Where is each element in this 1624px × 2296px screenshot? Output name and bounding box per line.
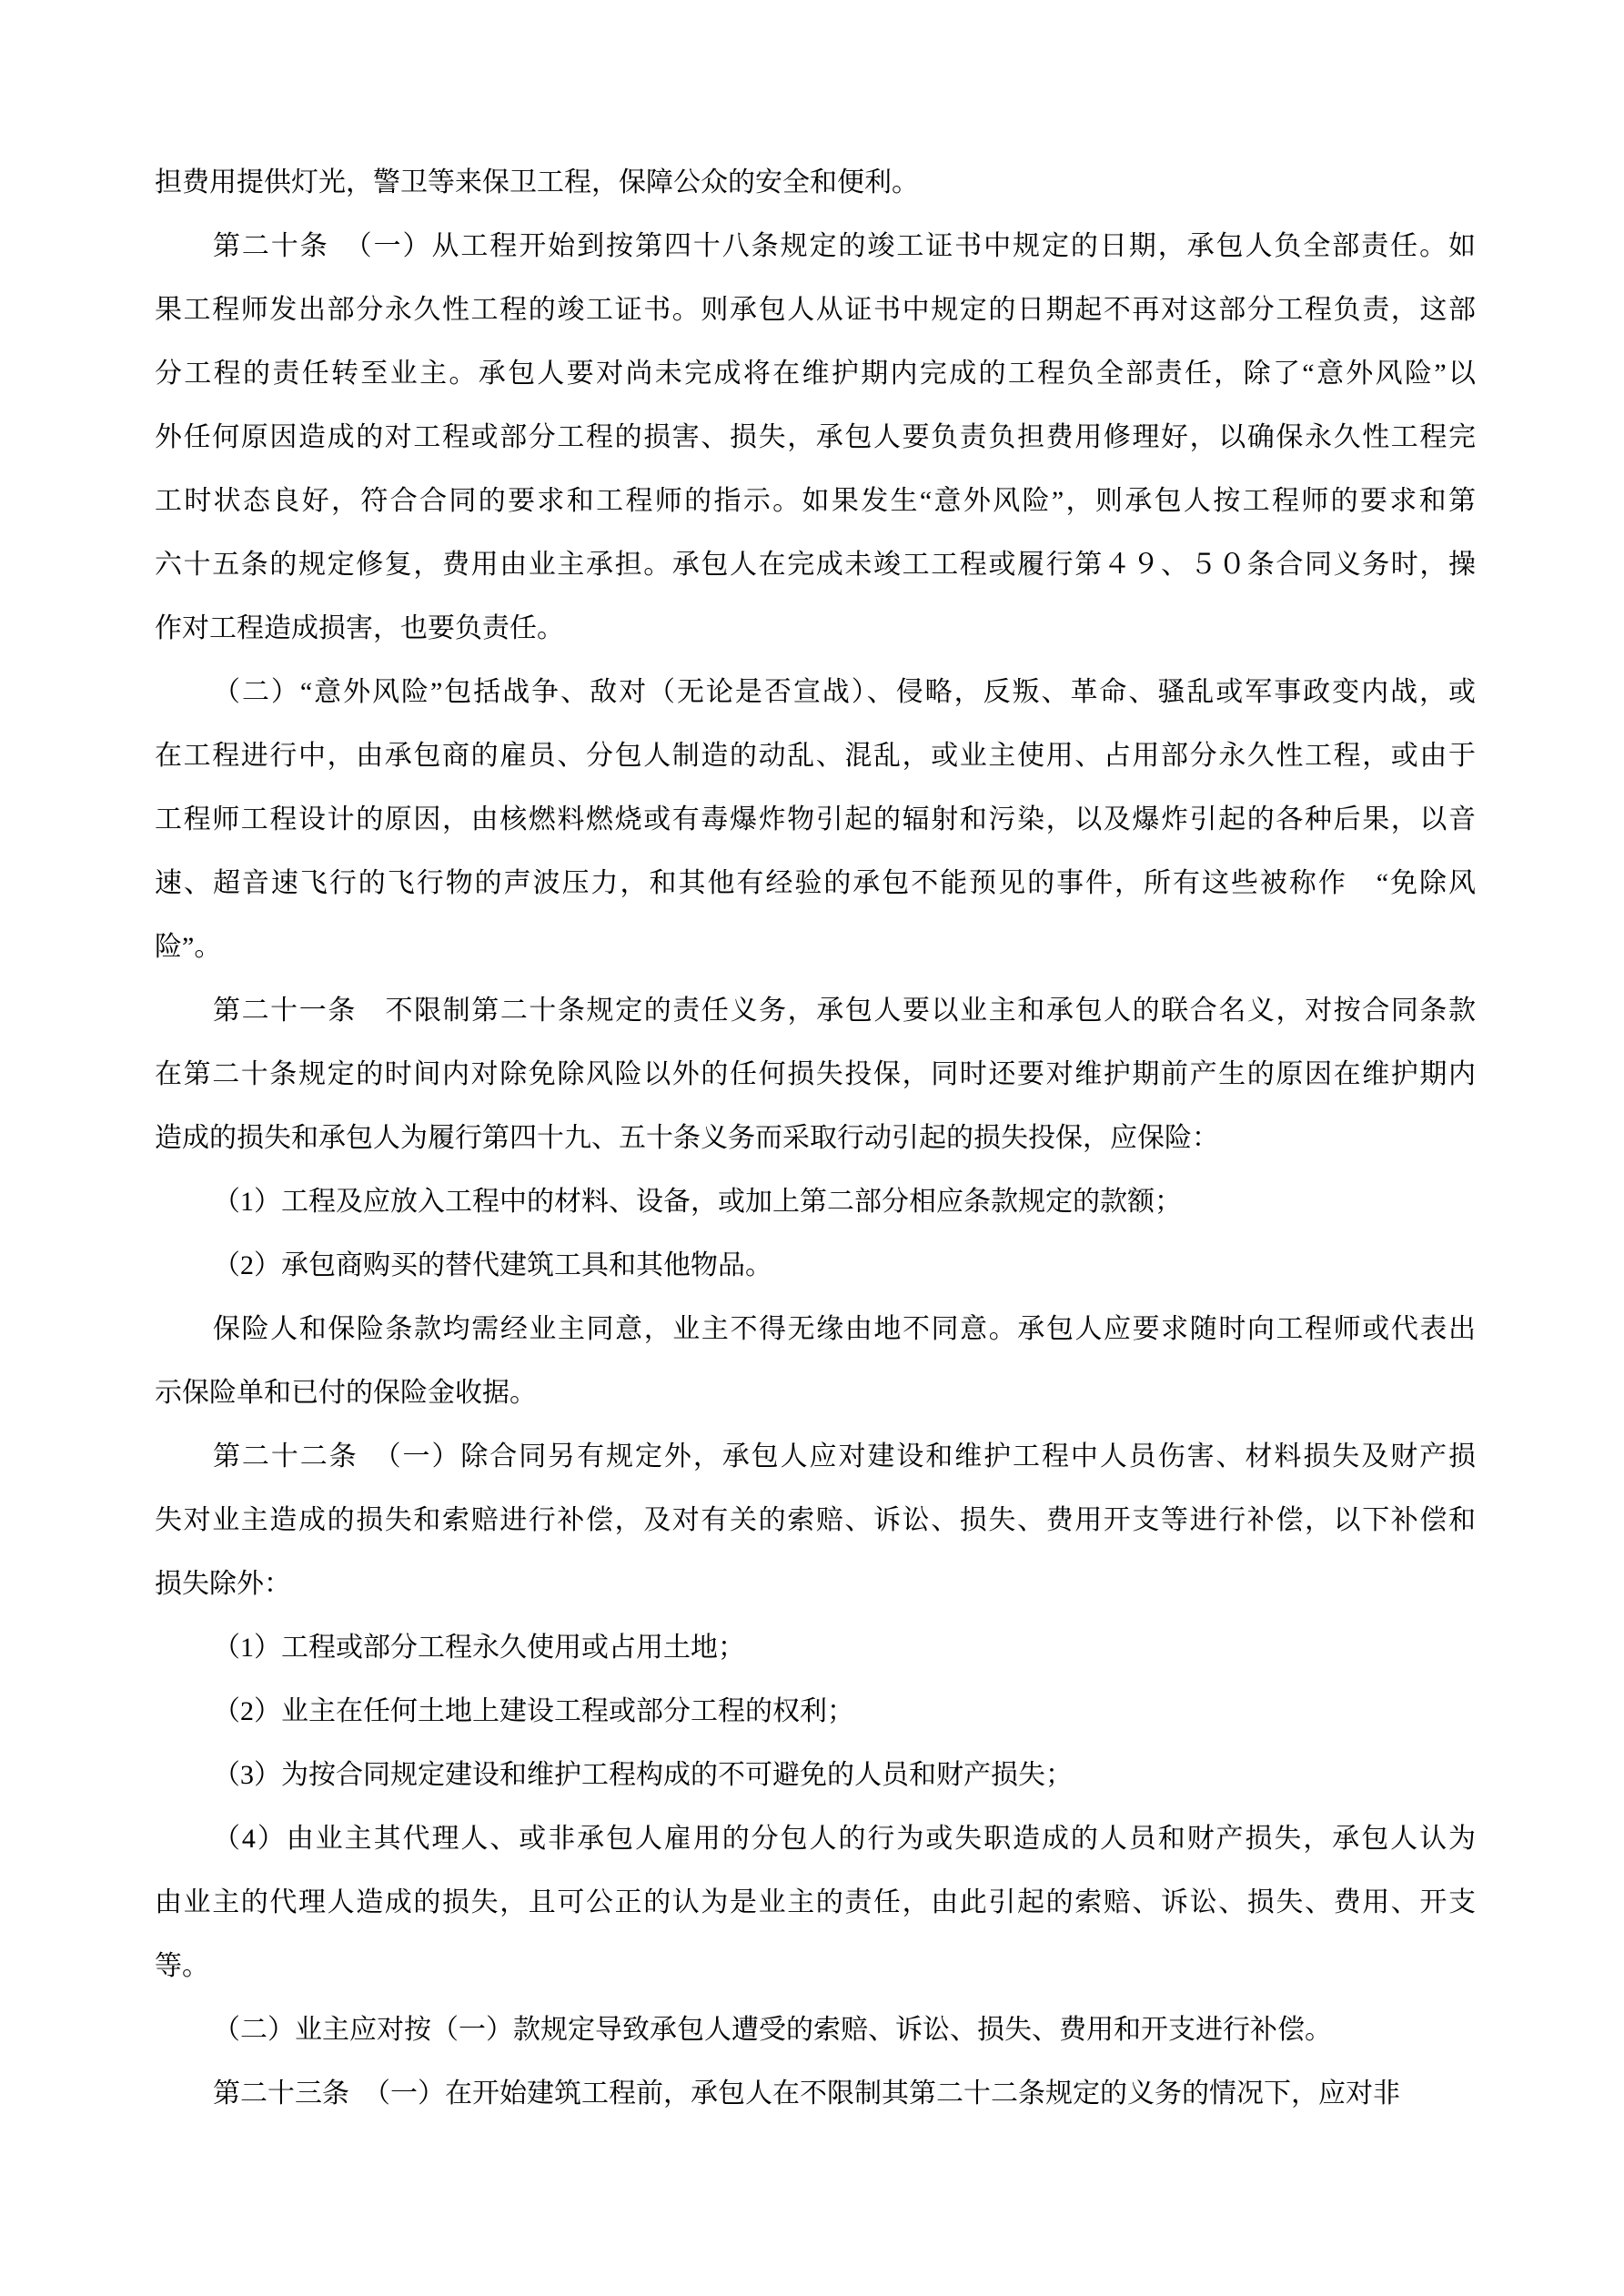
paragraph: （二）“意外风险”包括战争、敌对（无论是否宣战）、侵略，反叛、革命、骚乱或军事政… bbox=[155, 661, 1476, 979]
text-line: （4）由业主其代理人、或非承包人雇用的分包人的行为或失职造成的人员和财产损失，承… bbox=[155, 1807, 1476, 1871]
text-line: 失对业主造成的损失和索赔进行补偿，及对有关的索赔、诉讼、损失、费用开支等进行补偿… bbox=[155, 1489, 1476, 1553]
text-line: （二）“意外风险”包括战争、敌对（无论是否宣战）、侵略，反叛、革命、骚乱或军事政… bbox=[155, 661, 1476, 724]
text-line: 外任何原因造成的对工程或部分工程的损害、损失，承包人要负责负担费用修理好，以确保… bbox=[155, 406, 1476, 470]
paragraph: （4）由业主其代理人、或非承包人雇用的分包人的行为或失职造成的人员和财产损失，承… bbox=[155, 1807, 1476, 1998]
text-line: 担费用提供灯光，警卫等来保卫工程，保障公众的安全和便利。 bbox=[155, 151, 1476, 215]
text-line: （1）工程及应放入工程中的材料、设备，或加上第二部分相应条款规定的款额； bbox=[155, 1170, 1476, 1234]
text-line: 由业主的代理人造成的损失，且可公正的认为是业主的责任，由此引起的索赔、诉讼、损失… bbox=[155, 1871, 1476, 1935]
paragraph: 第二十二条 （一）除合同另有规定外，承包人应对建设和维护工程中人员伤害、材料损失… bbox=[155, 1425, 1476, 1616]
text-line: 等。 bbox=[155, 1935, 1476, 1998]
text-line: （3）为按合同规定建设和维护工程构成的不可避免的人员和财产损失； bbox=[155, 1744, 1476, 1807]
text-line: 第二十三条 （一）在开始建筑工程前，承包人在不限制其第二十二条规定的义务的情况下… bbox=[155, 2062, 1476, 2126]
text-line: 在第二十条规定的时间内对除免除风险以外的任何损失投保，同时还要对维护期前产生的原… bbox=[155, 1043, 1476, 1107]
text-line: 工时状态良好，符合合同的要求和工程师的指示。如果发生“意外风险”，则承包人按工程… bbox=[155, 470, 1476, 533]
text-line: 六十五条的规定修复，费用由业主承担。承包人在完成未竣工工程或履行第４９、５０条合… bbox=[155, 533, 1476, 597]
paragraph: （1）工程或部分工程永久使用或占用土地； bbox=[155, 1616, 1476, 1680]
paragraph: 担费用提供灯光，警卫等来保卫工程，保障公众的安全和便利。 bbox=[155, 151, 1476, 215]
paragraph: 保险人和保险条款均需经业主同意，业主不得无缘由地不同意。承包人应要求随时向工程师… bbox=[155, 1298, 1476, 1425]
paragraph: （3）为按合同规定建设和维护工程构成的不可避免的人员和财产损失； bbox=[155, 1744, 1476, 1807]
text-line: 第二十一条 不限制第二十条规定的责任义务，承包人要以业主和承包人的联合名义，对按… bbox=[155, 979, 1476, 1043]
text-line: 损失除外： bbox=[155, 1553, 1476, 1616]
text-line: 第二十二条 （一）除合同另有规定外，承包人应对建设和维护工程中人员伤害、材料损失… bbox=[155, 1425, 1476, 1489]
paragraph: （二）业主应对按（一）款规定导致承包人遭受的索赔、诉讼、损失、费用和开支进行补偿… bbox=[155, 1998, 1476, 2062]
paragraph: （2）承包商购买的替代建筑工具和其他物品。 bbox=[155, 1234, 1476, 1298]
paragraph: 第二十一条 不限制第二十条规定的责任义务，承包人要以业主和承包人的联合名义，对按… bbox=[155, 979, 1476, 1170]
text-line: 速、超音速飞行的飞行物的声波压力，和其他有经验的承包不能预见的事件，所有这些被称… bbox=[155, 852, 1476, 915]
text-line: （1）工程或部分工程永久使用或占用土地； bbox=[155, 1616, 1476, 1680]
paragraph: 第二十条 （一）从工程开始到按第四十八条规定的竣工证书中规定的日期，承包人负全部… bbox=[155, 215, 1476, 661]
paragraph: （1）工程及应放入工程中的材料、设备，或加上第二部分相应条款规定的款额； bbox=[155, 1170, 1476, 1234]
document-page: 担费用提供灯光，警卫等来保卫工程，保障公众的安全和便利。第二十条 （一）从工程开… bbox=[0, 0, 1624, 2296]
text-line: 第二十条 （一）从工程开始到按第四十八条规定的竣工证书中规定的日期，承包人负全部… bbox=[155, 215, 1476, 278]
text-line: 保险人和保险条款均需经业主同意，业主不得无缘由地不同意。承包人应要求随时向工程师… bbox=[155, 1298, 1476, 1361]
text-line: （2）业主在任何土地上建设工程或部分工程的权利； bbox=[155, 1680, 1476, 1744]
text-line: （2）承包商购买的替代建筑工具和其他物品。 bbox=[155, 1234, 1476, 1298]
text-line: 分工程的责任转至业主。承包人要对尚未完成将在维护期内完成的工程负全部责任，除了“… bbox=[155, 342, 1476, 406]
paragraph: （2）业主在任何土地上建设工程或部分工程的权利； bbox=[155, 1680, 1476, 1744]
text-line: （二）业主应对按（一）款规定导致承包人遭受的索赔、诉讼、损失、费用和开支进行补偿… bbox=[155, 1998, 1476, 2062]
text-line: 险”。 bbox=[155, 915, 1476, 979]
text-line: 作对工程造成损害，也要负责任。 bbox=[155, 597, 1476, 661]
text-line: 示保险单和已付的保险金收据。 bbox=[155, 1361, 1476, 1425]
text-line: 造成的损失和承包人为履行第四十九、五十条义务而采取行动引起的损失投保，应保险： bbox=[155, 1107, 1476, 1170]
paragraph: 第二十三条 （一）在开始建筑工程前，承包人在不限制其第二十二条规定的义务的情况下… bbox=[155, 2062, 1476, 2126]
text-line: 工程师工程设计的原因，由核燃料燃烧或有毒爆炸物引起的辐射和污染，以及爆炸引起的各… bbox=[155, 788, 1476, 852]
text-line: 在工程进行中，由承包商的雇员、分包人制造的动乱、混乱，或业主使用、占用部分永久性… bbox=[155, 724, 1476, 788]
text-line: 果工程师发出部分永久性工程的竣工证书。则承包人从证书中规定的日期起不再对这部分工… bbox=[155, 278, 1476, 342]
document-text: 担费用提供灯光，警卫等来保卫工程，保障公众的安全和便利。第二十条 （一）从工程开… bbox=[155, 151, 1476, 2126]
